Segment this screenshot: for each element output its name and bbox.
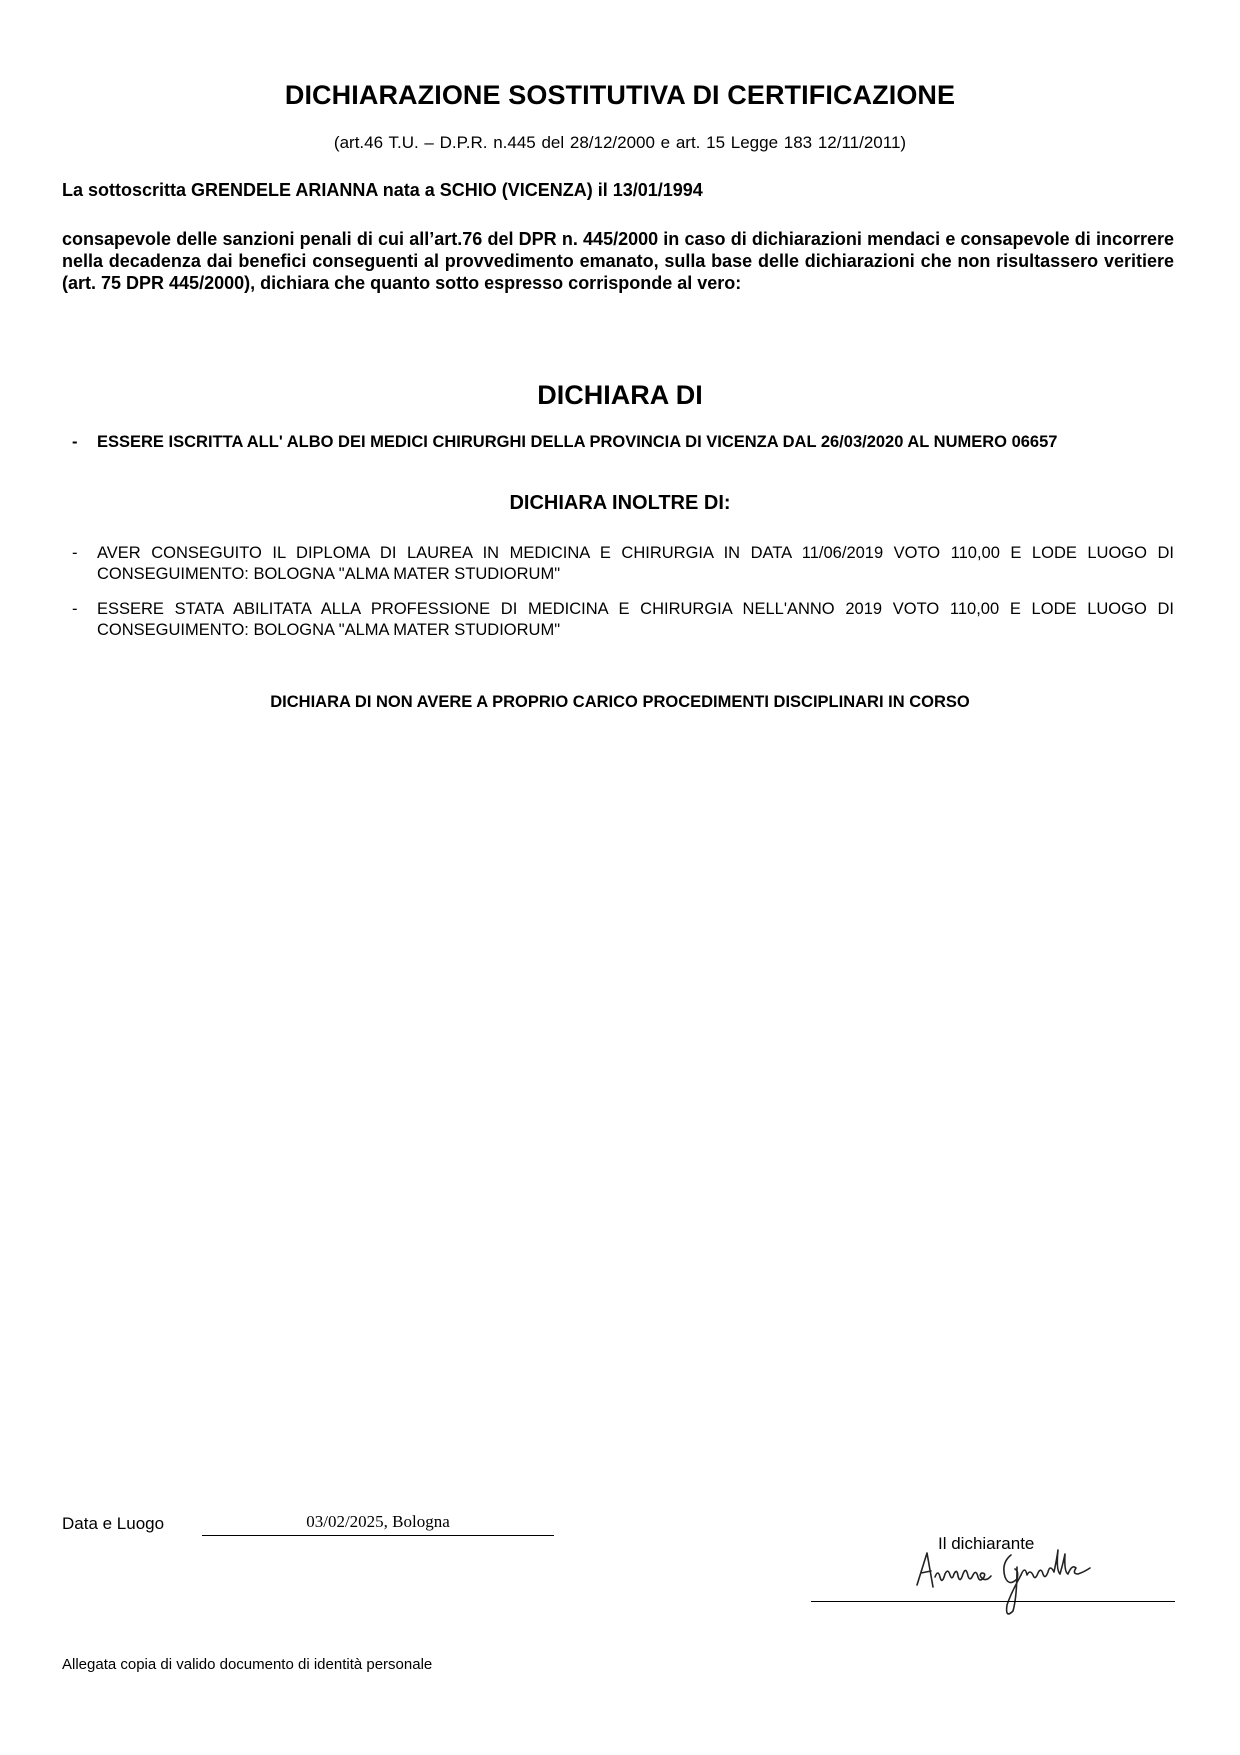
- declarant-line: La sottoscritta GRENDELE ARIANNA nata a …: [62, 180, 703, 201]
- no-disciplinary-statement: DICHIARA DI NON AVERE A PROPRIO CARICO P…: [0, 693, 1240, 712]
- signature-line: [811, 1601, 1175, 1602]
- list-item-text: AVER CONSEGUITO IL DIPLOMA DI LAUREA IN …: [97, 544, 1174, 583]
- premise-paragraph: consapevole delle sanzioni penali di cui…: [62, 228, 1174, 294]
- handwritten-signature: Arianna Grendele: [915, 1545, 1105, 1620]
- attachment-note: Allegata copia di valido documento di id…: [62, 1656, 432, 1673]
- list-item: - AVER CONSEGUITO IL DIPLOMA DI LAUREA I…: [72, 543, 1174, 585]
- date-place-field: 03/02/2025, Bologna: [202, 1512, 554, 1536]
- list-item: - ESSERE STATA ABILITATA ALLA PROFESSION…: [72, 599, 1174, 641]
- document-title: DICHIARAZIONE SOSTITUTIVA DI CERTIFICAZI…: [0, 80, 1240, 111]
- legal-reference: (art.46 T.U. – D.P.R. n.445 del 28/12/20…: [0, 133, 1240, 153]
- bullet: -: [72, 543, 78, 564]
- date-place-label: Data e Luogo: [62, 1514, 164, 1534]
- list-item: - ESSERE ISCRITTA ALL' ALBO DEI MEDICI C…: [72, 432, 1174, 453]
- list-item-text: ESSERE STATA ABILITATA ALLA PROFESSIONE …: [97, 600, 1174, 639]
- section-heading-dichiara: DICHIARA DI: [0, 380, 1240, 411]
- bullet: -: [72, 432, 78, 453]
- section-heading-inoltre: DICHIARA INOLTRE DI:: [0, 492, 1240, 515]
- declaration-list: - ESSERE ISCRITTA ALL' ALBO DEI MEDICI C…: [72, 432, 1174, 453]
- additional-declaration-list: - AVER CONSEGUITO IL DIPLOMA DI LAUREA I…: [72, 543, 1174, 655]
- list-item-text: ESSERE ISCRITTA ALL' ALBO DEI MEDICI CHI…: [97, 433, 1057, 451]
- bullet: -: [72, 599, 78, 620]
